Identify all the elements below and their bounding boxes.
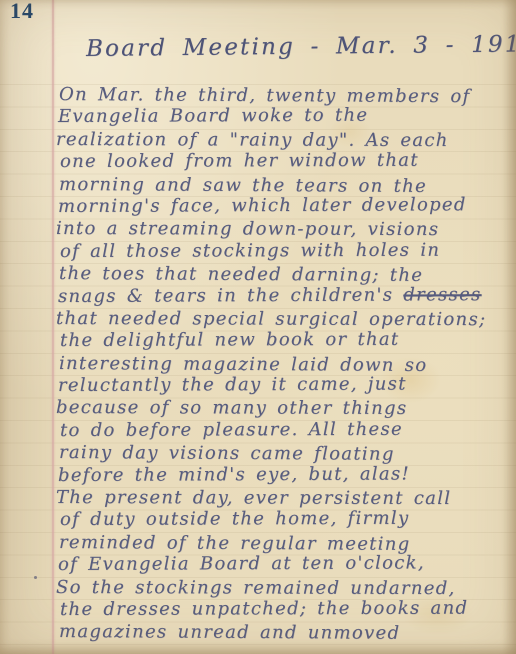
handwritten-line: morning's face, which later developed: [58, 194, 516, 218]
handwritten-line: before the mind's eye, but, alas!: [58, 463, 516, 487]
page-title: Board Meeting - Mar. 3 - 1915: [86, 31, 516, 62]
handwritten-line: one looked from her window that: [60, 150, 516, 174]
handwritten-line: snags & tears in the children's dresses: [58, 284, 516, 308]
margin-rule-line: [52, 0, 54, 654]
handwritten-line: Evangelia Board woke to the: [58, 104, 516, 128]
handwritten-text: snags & tears in the children's: [58, 284, 403, 307]
handwritten-line: reluctantly the day it came, just: [58, 373, 516, 397]
ink-speck: [34, 576, 37, 579]
handwritten-line: the delightful new book or that: [60, 329, 516, 353]
handwritten-line: the dresses unpatched; the books and: [60, 597, 516, 621]
handwritten-line: of duty outside the home, firmly: [60, 508, 516, 532]
handwritten-line: of all those stockings with holes in: [60, 239, 516, 263]
handwritten-line: to do before pleasure. All these: [60, 418, 516, 442]
handwritten-line: of Evangelia Board at ten o'clock,: [58, 552, 516, 576]
scanned-page: 14 Board Meeting - Mar. 3 - 1915 On Mar.…: [0, 0, 516, 654]
handwritten-line: So the stockings remained undarned,: [56, 577, 514, 601]
manuscript-body: On Mar. the third, twenty members ofEvan…: [58, 84, 516, 644]
struck-word: dresses: [403, 284, 481, 305]
handwritten-line: magazines unread and unmoved: [59, 621, 516, 646]
handwritten-line: into a streaming down-pour, visions: [56, 218, 514, 242]
handwritten-line: because of so many other things: [56, 397, 514, 421]
page-number: 14: [10, 0, 34, 24]
